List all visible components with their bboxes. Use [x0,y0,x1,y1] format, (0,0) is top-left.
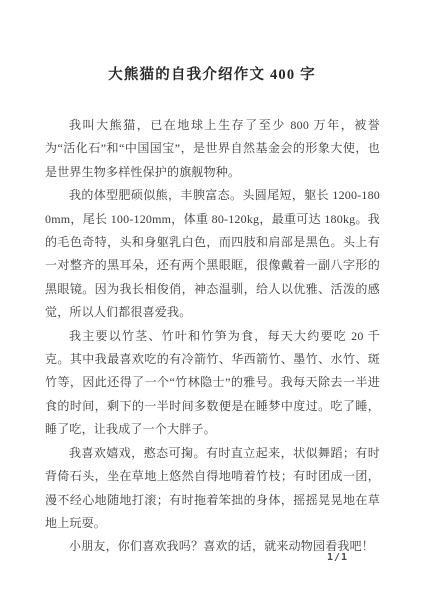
paragraph-intro: 我叫大熊猫，已在地球上生存了至少 800 万年，被誉为“活化石”和“中国国宝”，… [45,114,380,184]
paragraph-diet: 我主要以竹茎、竹叶和竹笋为食，每天大约要吃 20 千克。其中我最喜欢吃的有冷箭竹… [45,325,380,442]
paragraph-play: 我喜欢嬉戏，憨态可掬。有时直立起来，状似舞蹈；有时背倚石头，坐在草地上悠然自得地… [45,442,380,536]
document-page: 大熊猫的自我介绍作文 400 字 我叫大熊猫，已在地球上生存了至少 800 万年… [0,0,424,600]
document-title: 大熊猫的自我介绍作文 400 字 [0,0,424,84]
page-number: 1/1 [327,552,348,563]
paragraph-appearance: 我的体型肥硕似熊，丰腴富态。头圆尾短，躯长 1200-1800mm，尾长 100… [45,184,380,324]
document-body: 我叫大熊猫，已在地球上生存了至少 800 万年，被誉为“活化石”和“中国国宝”，… [45,114,380,559]
